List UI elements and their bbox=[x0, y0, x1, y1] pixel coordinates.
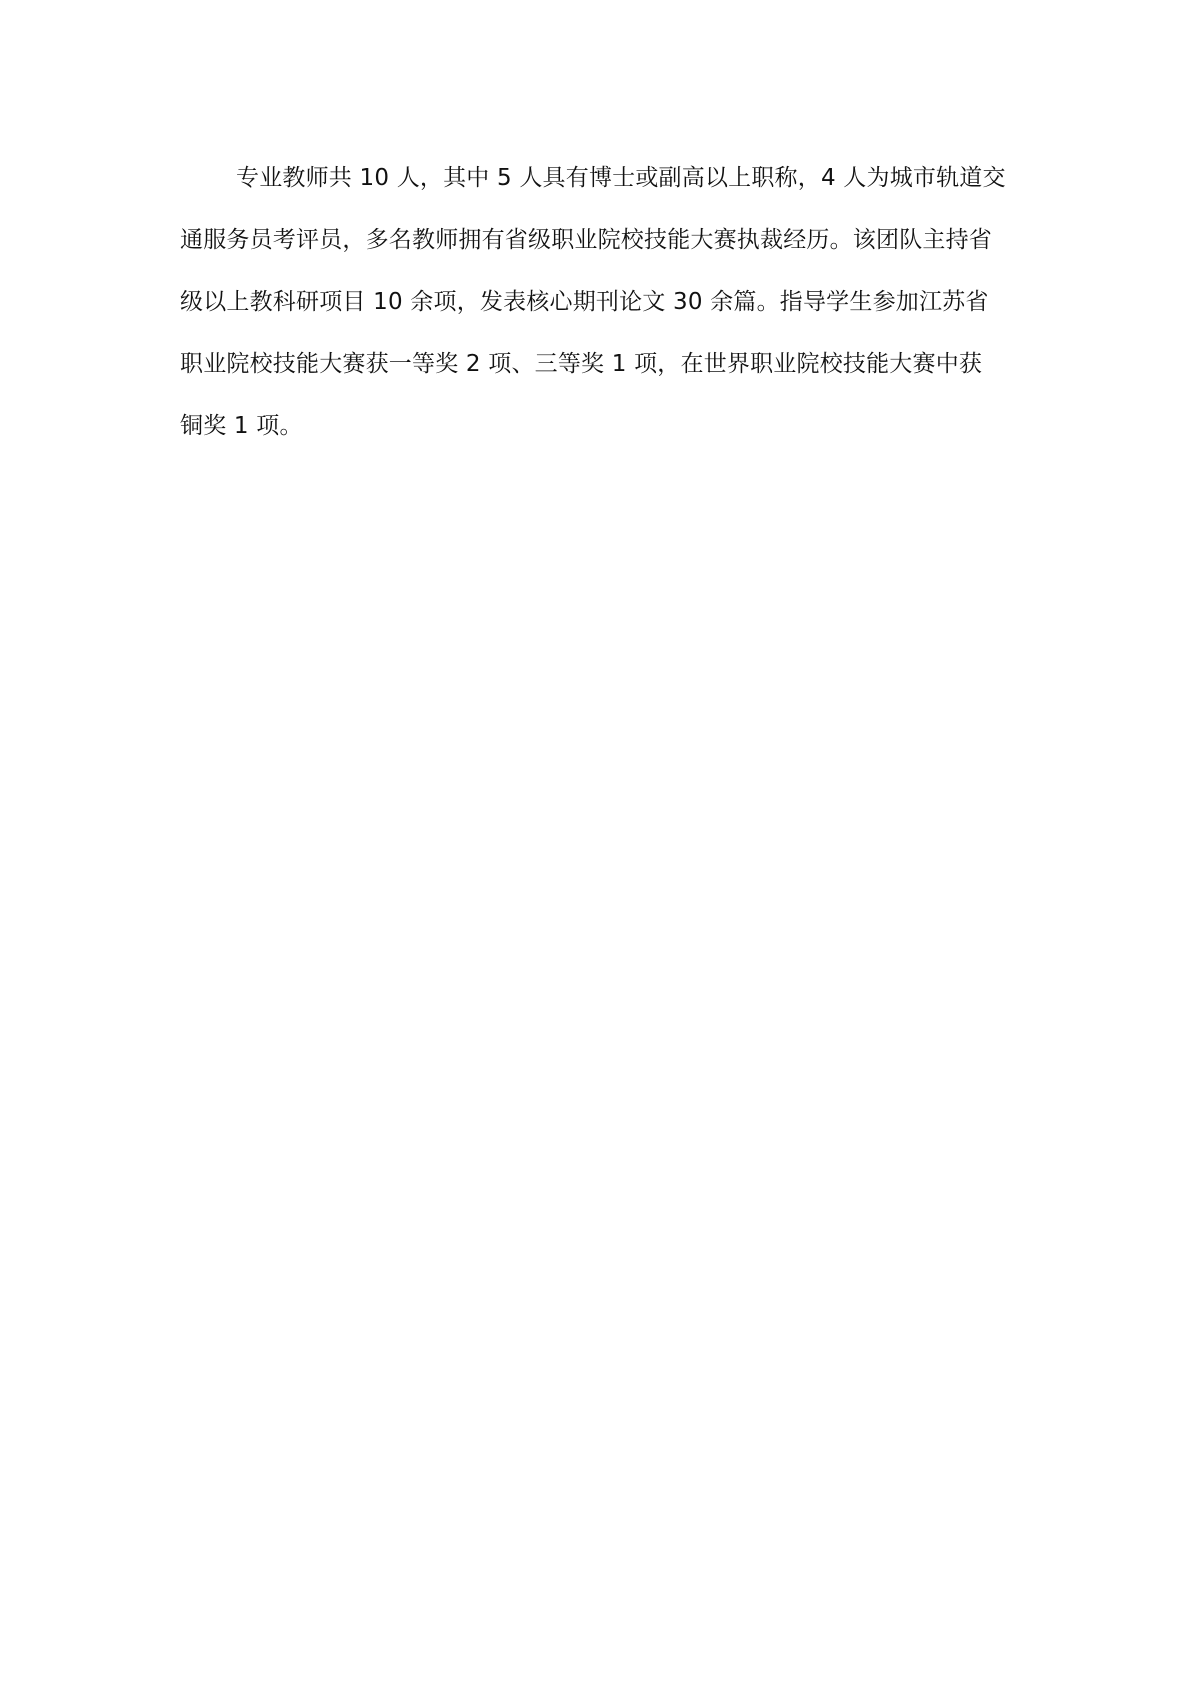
paragraph-line-2: 通服务员考评员，多名教师拥有省级职业院校技能大赛执裁经历。该团队主持省 bbox=[180, 217, 1012, 279]
paragraph-line-4: 职业院校技能大赛获一等奖 2 项、三等奖 1 项，在世界职业院校技能大赛中获 bbox=[180, 341, 1012, 403]
document-page: 专业教师共 10 人，其中 5 人具有博士或副高以上职称，4 人为城市轨道交 通… bbox=[0, 0, 1191, 1684]
paragraph-line-1: 专业教师共 10 人，其中 5 人具有博士或副高以上职称，4 人为城市轨道交 bbox=[180, 155, 1012, 217]
paragraph-team-intro: 专业教师共 10 人，其中 5 人具有博士或副高以上职称，4 人为城市轨道交 通… bbox=[180, 155, 1012, 465]
paragraph-line-3: 级以上教科研项目 10 余项，发表核心期刊论文 30 余篇。指导学生参加江苏省 bbox=[180, 279, 1012, 341]
paragraph-line-5: 铜奖 1 项。 bbox=[180, 403, 1012, 465]
